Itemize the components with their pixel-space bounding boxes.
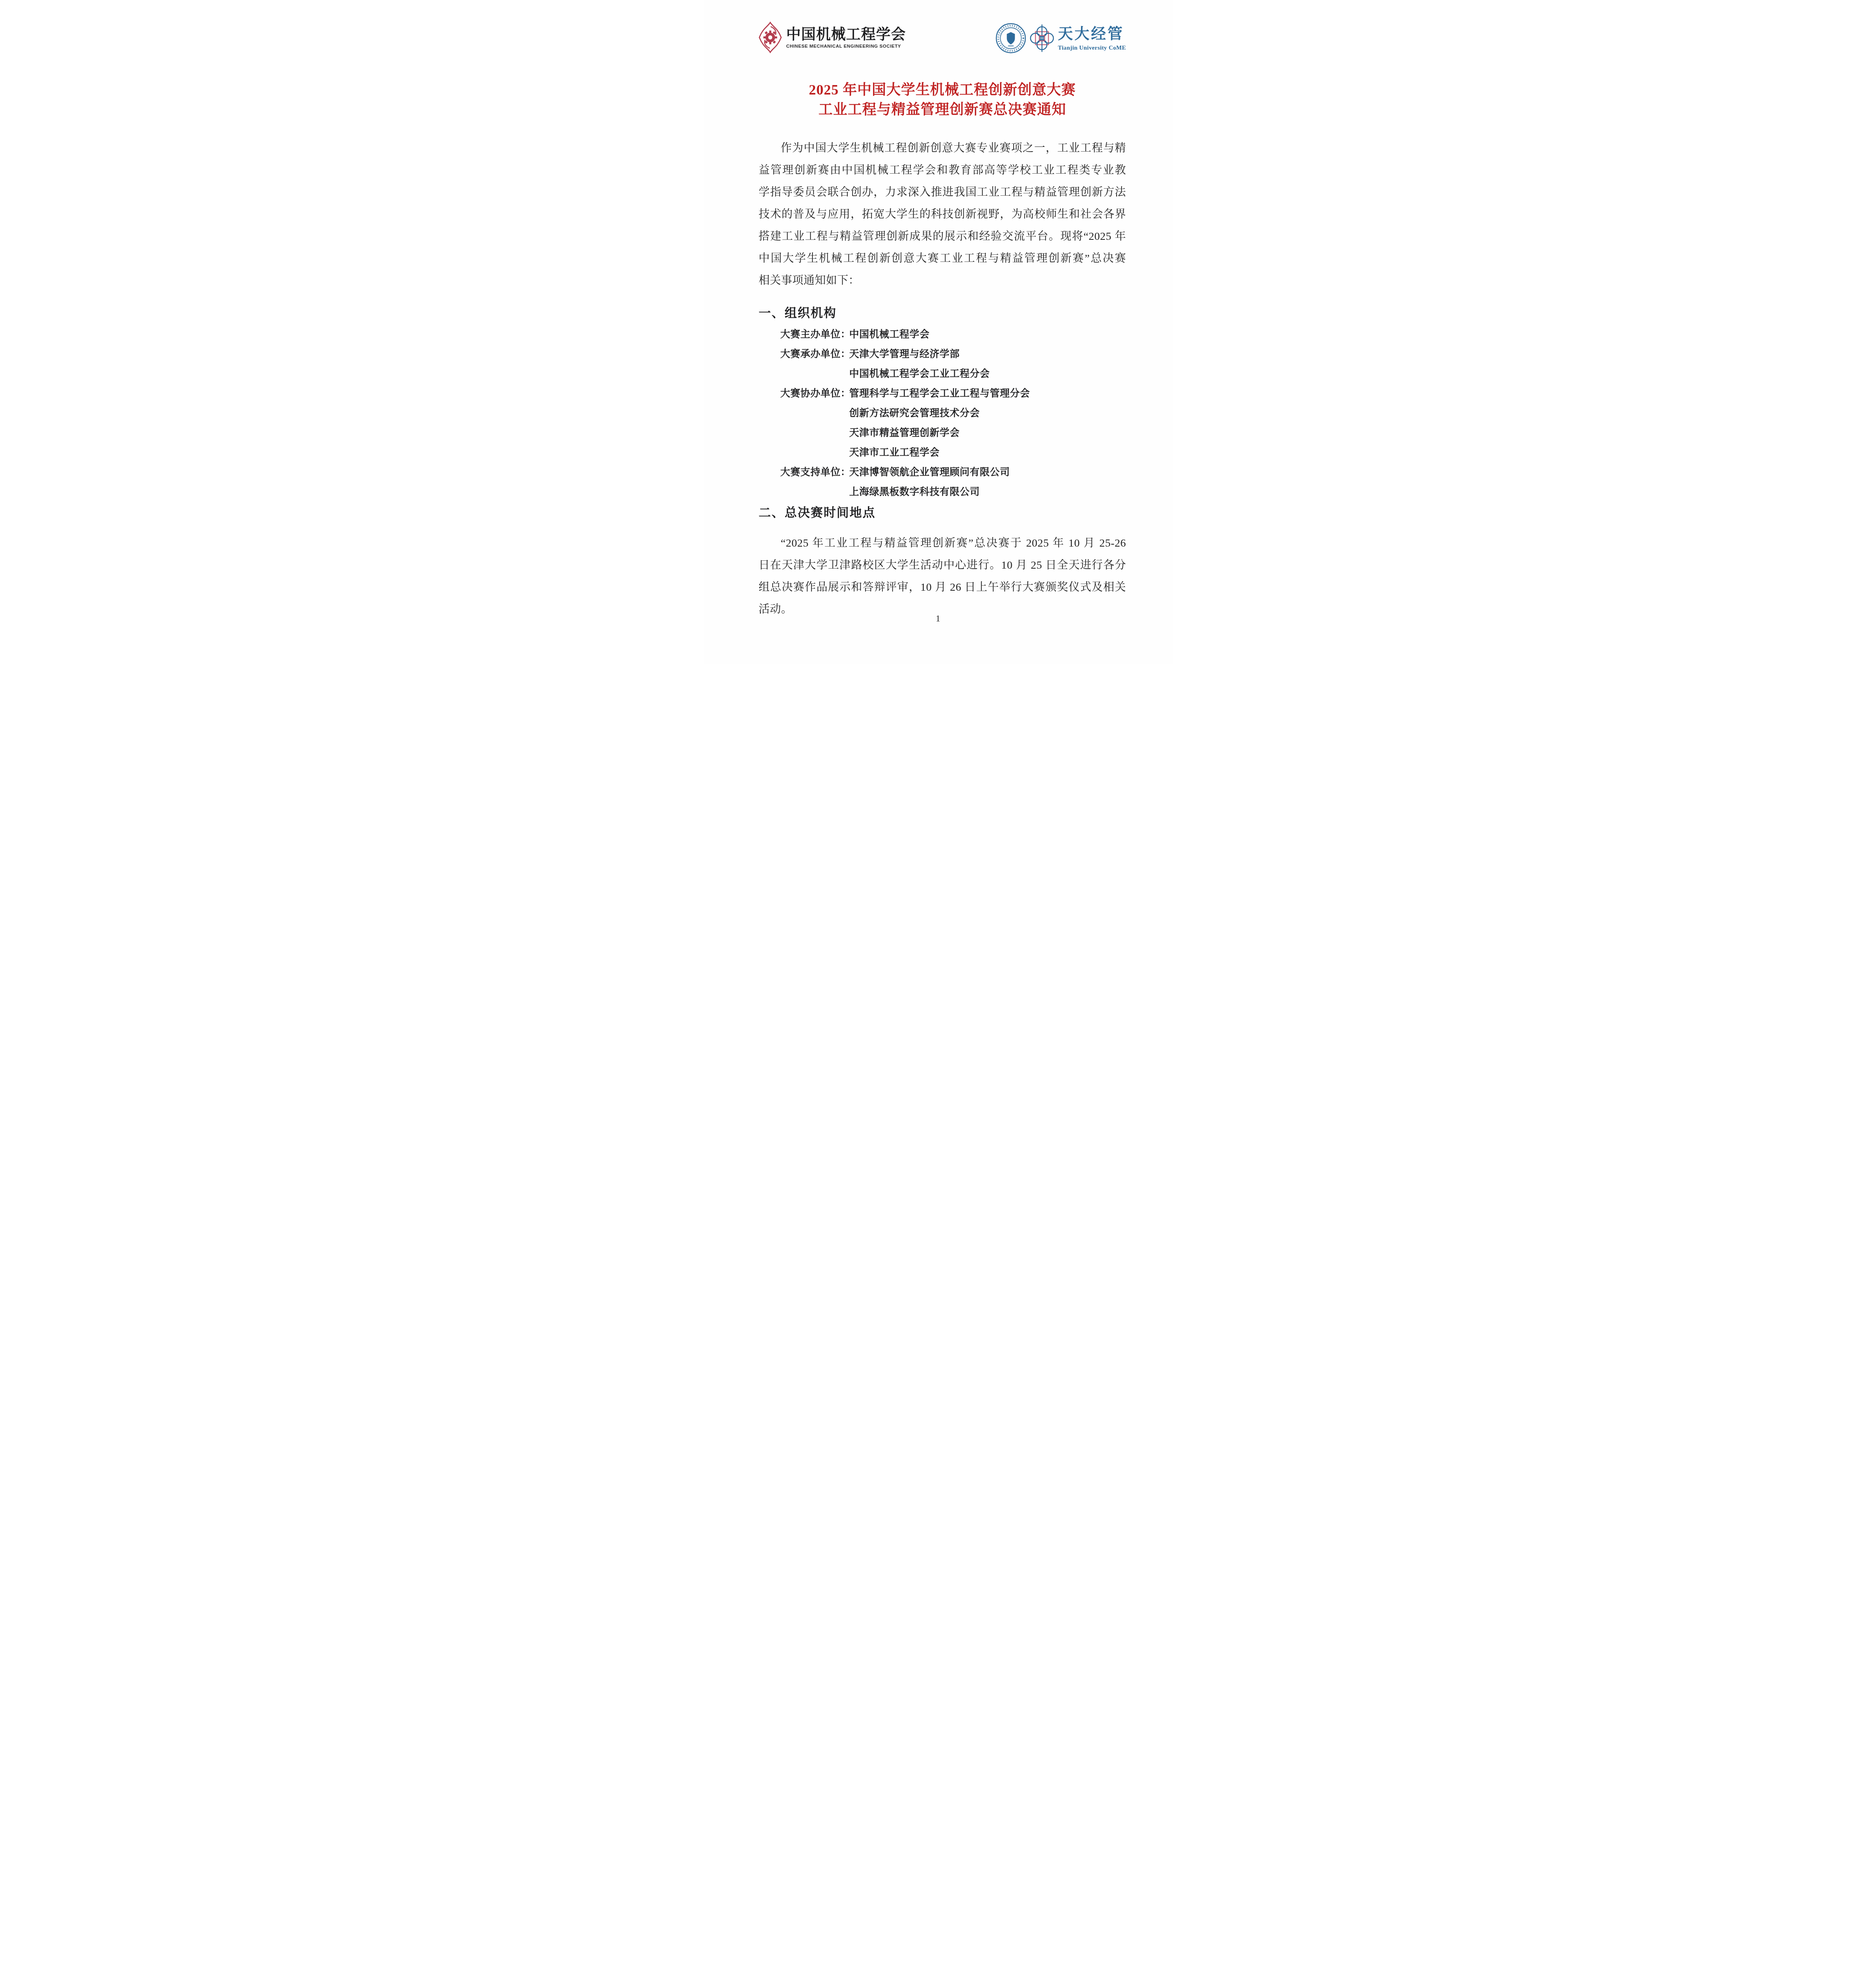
org-label: 大赛主办单位：	[780, 324, 849, 344]
org-row: 创新方法研究会管理技术分会	[780, 403, 1126, 423]
intro-line: 益管理创新赛由中国机械工程学会和教育部高等学校工业工程类专业教	[759, 159, 1126, 182]
org-label: 大赛支持单位：	[780, 462, 849, 482]
doc-title-line-2: 工业工程与精益管理创新赛总决赛通知	[759, 100, 1126, 119]
org-label-spacer	[780, 423, 849, 443]
org-value: 创新方法研究会管理技术分会	[849, 403, 1126, 423]
org-label: 大赛承办单位：	[780, 344, 849, 364]
org-label-spacer	[780, 364, 849, 384]
cmes-logo-cn: 中国机械工程学会	[786, 26, 906, 43]
org-value: 天津大学管理与经济学部	[849, 344, 1126, 364]
footer: 1	[704, 613, 1173, 625]
org-row: 大赛支持单位： 天津博智领航企业管理顾问有限公司	[780, 462, 1126, 482]
cmes-logo-en: CHINESE MECHANICAL ENGINEERING SOCIETY	[786, 44, 906, 49]
tju-logo-en: Tianjin University CoME	[1058, 45, 1126, 52]
org-row: 中国机械工程学会工业工程分会	[780, 364, 1126, 384]
cmes-logo: 中国机械工程学会 CHINESE MECHANICAL ENGINEERING …	[758, 22, 906, 53]
org-row: 大赛主办单位： 中国机械工程学会	[780, 324, 1126, 344]
document-page: 中国机械工程学会 CHINESE MECHANICAL ENGINEERING …	[704, 0, 1173, 664]
tju-come-logo: 天大经管 Tianjin University CoME	[995, 22, 1126, 54]
org-row: 上海绿黑板数字科技有限公司	[780, 482, 1126, 502]
tju-seal-icon	[995, 23, 1026, 54]
intro-paragraph: 作为中国大学生机械工程创新创意大赛专业赛项之一，工业工程与精 益管理创新赛由中国…	[759, 137, 1126, 292]
org-row: 大赛协办单位： 管理科学与工程学会工业工程与管理分会	[780, 384, 1126, 403]
intro-line: 技术的普及与应用，拓宽大学生的科技创新视野，为高校师生和社会各界	[759, 204, 1126, 226]
org-value: 上海绿黑板数字科技有限公司	[849, 482, 1126, 502]
org-value: 中国机械工程学会工业工程分会	[849, 364, 1126, 384]
header: 中国机械工程学会 CHINESE MECHANICAL ENGINEERING …	[758, 22, 1126, 59]
schedule-line: “2025 年工业工程与精益管理创新赛”总决赛于 2025 年 10 月 25-…	[759, 532, 1126, 554]
schedule-line: 组总决赛作品展示和答辩评审，10 月 26 日上午举行大赛颁奖仪式及相关	[759, 577, 1126, 599]
org-label-spacer	[780, 443, 849, 462]
intro-line: 搭建工业工程与精益管理创新成果的展示和经验交流平台。现将“2025 年	[759, 226, 1126, 248]
section-1-heading: 一、组织机构	[759, 302, 1126, 324]
org-list: 大赛主办单位： 中国机械工程学会 大赛承办单位： 天津大学管理与经济学部 中国机…	[759, 324, 1126, 502]
tju-logo-cn: 天大经管	[1058, 25, 1126, 43]
section-2-heading: 二、总决赛时间地点	[759, 502, 1126, 524]
org-row: 大赛承办单位： 天津大学管理与经济学部	[780, 344, 1126, 364]
intro-line: 相关事项通知如下：	[759, 270, 1126, 292]
org-label-spacer	[780, 482, 849, 502]
schedule-line: 日在天津大学卫津路校区大学生活动中心进行。10 月 25 日全天进行各分	[759, 554, 1126, 577]
org-label: 大赛协办单位：	[780, 384, 849, 403]
cmes-emblem-icon	[758, 22, 782, 53]
intro-line: 学指导委员会联合创办，力求深入推进我国工业工程与精益管理创新方法	[759, 182, 1126, 204]
org-row: 天津市工业工程学会	[780, 443, 1126, 462]
page-number: 1	[936, 614, 940, 624]
org-value: 管理科学与工程学会工业工程与管理分会	[849, 384, 1126, 403]
schedule-paragraph: “2025 年工业工程与精益管理创新赛”总决赛于 2025 年 10 月 25-…	[759, 532, 1126, 621]
org-row: 天津市精益管理创新学会	[780, 423, 1126, 443]
intro-line: 作为中国大学生机械工程创新创意大赛专业赛项之一，工业工程与精	[759, 137, 1126, 159]
org-label-spacer	[780, 403, 849, 423]
org-value: 天津博智领航企业管理顾问有限公司	[849, 462, 1126, 482]
intro-line: 中国大学生机械工程创新创意大赛工业工程与精益管理创新赛”总决赛	[759, 248, 1126, 270]
doc-title: 2025 年中国大学生机械工程创新创意大赛 工业工程与精益管理创新赛总决赛通知	[759, 80, 1126, 119]
org-value: 天津市工业工程学会	[849, 443, 1126, 462]
come-flower-icon	[1030, 22, 1054, 54]
org-value: 中国机械工程学会	[849, 324, 1126, 344]
org-value: 天津市精益管理创新学会	[849, 423, 1126, 443]
doc-title-line-1: 2025 年中国大学生机械工程创新创意大赛	[759, 80, 1126, 100]
